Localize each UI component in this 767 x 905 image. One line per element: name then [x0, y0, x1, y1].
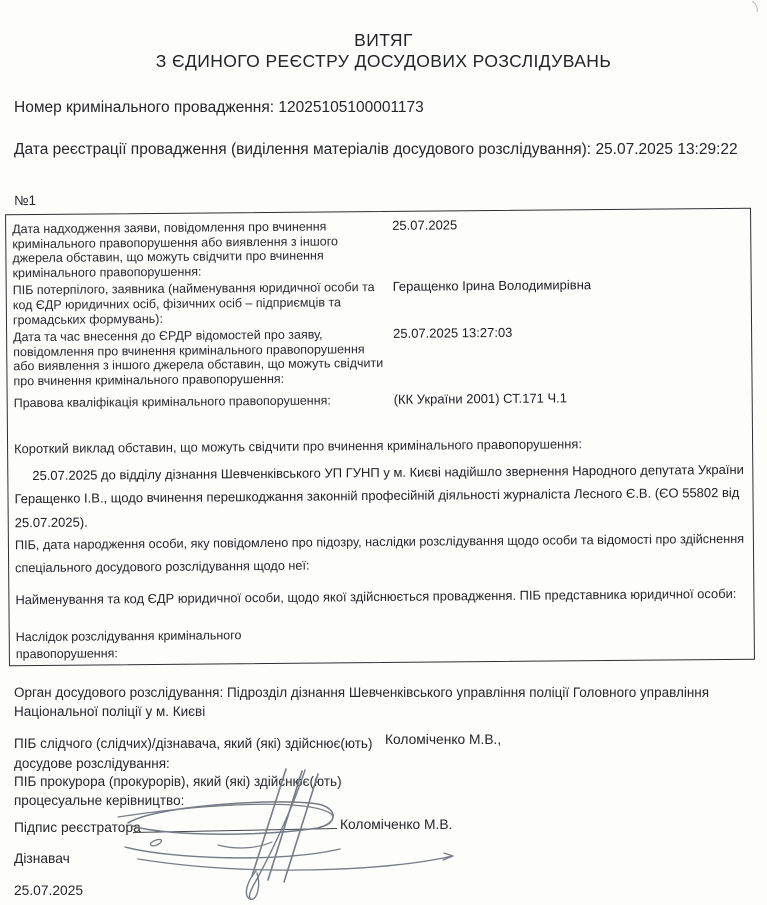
row-label-erdr-entry-datetime: Дата та час внесення до ЄРДР відомостей …: [13, 327, 385, 389]
case-details-table: Дата надходження заяви, повідомлення про…: [5, 208, 755, 666]
investigator-name: Коломіченко М.В.,: [385, 732, 501, 747]
summary-label: Короткий виклад обставин, що можуть свід…: [14, 435, 744, 457]
row-label-incident-report-date: Дата надходження заяви, повідомлення про…: [12, 219, 384, 281]
row-value-victim-name: Геращенко Ірина Володимирівна: [385, 277, 743, 295]
legal-entity-label: Найменування та код ЄДР юридичної особи,…: [15, 585, 757, 607]
row-value-legal-qualification: (КК України 2001) СТ.171 Ч.1: [386, 389, 744, 407]
registration-date-value: 25.07.2025 13:29:22: [595, 141, 737, 158]
table-row: ПІБ потерпілого, заявника (найменування …: [13, 277, 743, 327]
suspect-label: ПІБ, дата народження особи, яку повідомл…: [15, 528, 755, 581]
document-date: 25.07.2025: [14, 883, 83, 898]
investigation-body-line: Орган досудового розслідування: Підрозді…: [14, 683, 756, 721]
case-number-label: Номер кримінального провадження:: [14, 99, 274, 116]
scanned-document-page: { "header": { "title_line1": "ВИТЯГ", "t…: [0, 0, 767, 905]
row-label-legal-qualification: Правова кваліфікація кримінального право…: [14, 392, 386, 410]
scan-artifact: [748, 0, 762, 14]
table-row: Дата надходження заяви, повідомлення про…: [12, 216, 742, 281]
record-number: №1: [14, 193, 36, 208]
row-value-incident-report-date: 25.07.2025: [384, 216, 742, 234]
summary-text: 25.07.2025 до відділу дізнання Шевченків…: [14, 458, 751, 534]
case-number-line: Номер кримінального провадження: 1202510…: [14, 99, 424, 117]
investigation-result-label: Наслідок розслідування кримінального пра…: [16, 626, 298, 662]
case-number-value: 12025105100001173: [278, 99, 423, 116]
table-row: Дата та час внесення до ЄРДР відомостей …: [13, 324, 743, 389]
registration-date-line: Дата реєстрації провадження (виділення м…: [14, 138, 738, 162]
handwritten-signature: [100, 755, 500, 905]
document-title-line2: З ЄДИНОГО РЕЄСТРУ ДОСУДОВИХ РОЗСЛІДУВАНЬ: [0, 51, 767, 72]
table-row: Правова кваліфікація кримінального право…: [14, 389, 744, 410]
registrar-position: Дізнавач: [14, 851, 70, 866]
registration-date-label: Дата реєстрації провадження (виділення м…: [14, 141, 591, 158]
row-label-victim-name: ПІБ потерпілого, заявника (найменування …: [13, 280, 385, 327]
document-title-line1: ВИТЯГ: [0, 30, 767, 51]
investigator-label-line1: ПІБ слідчого (слідчих)/дізнавача, який (…: [14, 734, 372, 754]
row-value-erdr-entry-datetime: 25.07.2025 13:27:03: [385, 324, 743, 342]
